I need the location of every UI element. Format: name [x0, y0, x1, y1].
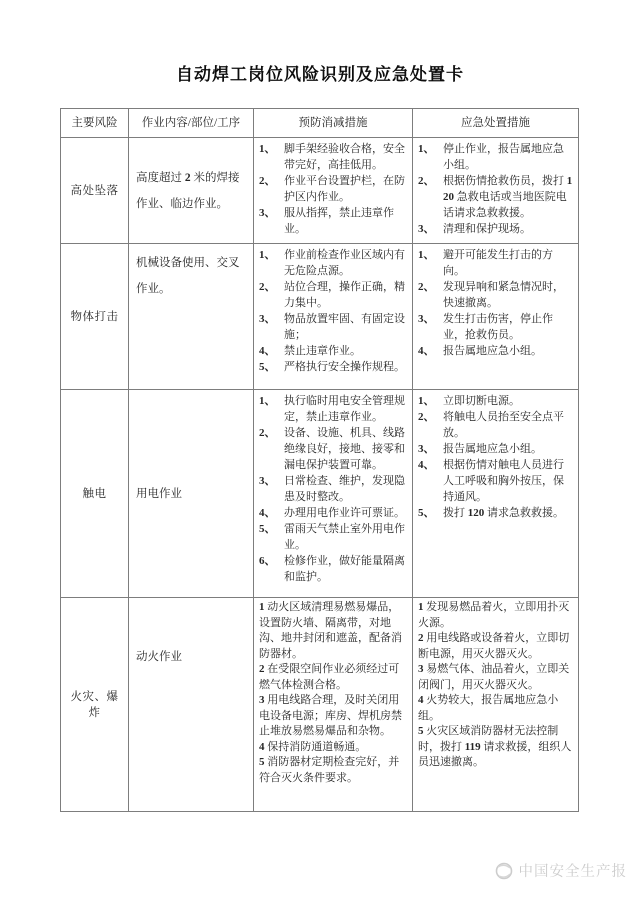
- list-item: 4、根据伤情对触电人员进行人工呼吸和胸外按压，保持通风。: [418, 457, 573, 505]
- list-item: 3、报告属地应急小组。: [418, 441, 573, 457]
- list-item: 1、避开可能发生打击的方向。: [418, 247, 573, 279]
- list-item: 5、严格执行安全操作规程。: [259, 359, 407, 375]
- list-item: 5 火灾区域消防器材无法控制时，拨打 119 请求救援，组织人员迅速撤离。: [418, 724, 573, 771]
- item-number: 4: [259, 741, 265, 753]
- column-header-prevention: 预防消减措施: [254, 109, 413, 138]
- item-number: 2、: [418, 409, 443, 441]
- item-number: 2: [259, 663, 265, 675]
- item-number: 2、: [418, 173, 443, 221]
- prevention-cell: 1 动火区域清理易燃易爆品，设置防火墙、隔离带，对地沟、地井封闭和遮盖，配备消防…: [254, 598, 413, 812]
- list-item: 5、拨打 120 请求急救救援。: [418, 505, 573, 521]
- item-number: 5: [418, 725, 424, 737]
- list-item: 1、立即切断电源。: [418, 393, 573, 409]
- list-item: 2、站位合理，操作正确，精力集中。: [259, 279, 407, 311]
- emergency-cell: 1、立即切断电源。2、将触电人员抬至安全点平放。3、报告属地应急小组。4、根据伤…: [413, 390, 579, 598]
- item-number: 1: [259, 601, 265, 613]
- item-number: 1、: [418, 393, 443, 409]
- list-item: 6、检修作业，做好能量隔离和监护。: [259, 553, 407, 585]
- table-row: 高处坠落高度超过 2 米的焊接作业、临边作业。1、脚手架经验收合格，安全带完好，…: [61, 138, 579, 244]
- list-item: 3、发生打击伤害，停止作业，抢救伤员。: [418, 311, 573, 343]
- emergency-cell: 1、避开可能发生打击的方向。2、发现异响和紧急情况时，快速撤离。3、发生打击伤害…: [413, 244, 579, 390]
- item-number: 4、: [418, 457, 443, 505]
- list-item: 2、将触电人员抬至安全点平放。: [418, 409, 573, 441]
- list-item: 1、作业前检查作业区域内有无危险点源。: [259, 247, 407, 279]
- item-number: 1、: [259, 141, 284, 173]
- list-item: 1、执行临时用电安全管理规定，禁止违章作业。: [259, 393, 407, 425]
- list-item: 2 在受限空间作业必须经过可燃气体检测合格。: [259, 662, 407, 693]
- item-number: 4、: [259, 343, 284, 359]
- item-number: 2、: [259, 173, 284, 205]
- work-cell: 动火作业: [129, 598, 254, 812]
- item-number: 5: [259, 756, 265, 768]
- work-cell: 高度超过 2 米的焊接作业、临边作业。: [129, 138, 254, 244]
- risk-table: 主要风险 作业内容/部位/工序 预防消减措施 应急处置措施 高处坠落高度超过 2…: [60, 108, 579, 812]
- list-item: 4 保持消防通道畅通。: [259, 740, 407, 756]
- item-number: 1、: [418, 247, 443, 279]
- item-number: 5、: [259, 521, 284, 553]
- table-row: 火灾、爆炸动火作业1 动火区域清理易燃易爆品，设置防火墙、隔离带，对地沟、地井封…: [61, 598, 579, 812]
- item-number: 3: [259, 694, 265, 706]
- list-item: 4、办理用电作业许可票证。: [259, 505, 407, 521]
- column-header-emergency: 应急处置措施: [413, 109, 579, 138]
- list-item: 3 用电线路合理，及时关闭用电设备电源；库房、焊机房禁止堆放易燃易爆品和杂物。: [259, 693, 407, 740]
- list-item: 3、物品放置牢固、有固定设施；: [259, 311, 407, 343]
- item-number: 2、: [259, 279, 284, 311]
- column-header-risk: 主要风险: [61, 109, 129, 138]
- emergency-cell: 1、停止作业，报告属地应急小组。2、根据伤情抢救伤员，拨打 120 急救电话或当…: [413, 138, 579, 244]
- watermark-text: 中国安全生产报: [519, 860, 628, 881]
- table-row: 物体打击机械设备使用、交叉作业。1、作业前检查作业区域内有无危险点源。2、站位合…: [61, 244, 579, 390]
- item-number: 3、: [259, 311, 284, 343]
- item-number: 1: [418, 601, 424, 613]
- item-number: 5、: [418, 505, 443, 521]
- risk-cell: 触电: [61, 390, 129, 598]
- list-item: 5 消防器材定期检查完好，并符合灭火条件要求。: [259, 755, 407, 786]
- prevention-cell: 1、脚手架经验收合格，安全带完好，高挂低用。2、作业平台设置护栏，在防护区内作业…: [254, 138, 413, 244]
- risk-table-body: 高处坠落高度超过 2 米的焊接作业、临边作业。1、脚手架经验收合格，安全带完好，…: [61, 138, 579, 812]
- item-number: 2、: [259, 425, 284, 473]
- work-cell: 用电作业: [129, 390, 254, 598]
- prevention-cell: 1、作业前检查作业区域内有无危险点源。2、站位合理，操作正确，精力集中。3、物品…: [254, 244, 413, 390]
- item-number: 1、: [259, 247, 284, 279]
- table-row: 触电用电作业1、执行临时用电安全管理规定，禁止违章作业。2、设备、设施、机具、线…: [61, 390, 579, 598]
- item-number: 3、: [259, 473, 284, 505]
- watermark: 中国安全生产报: [494, 860, 628, 881]
- list-item: 2、设备、设施、机具、线路绝缘良好，接地、接零和漏电保护装置可靠。: [259, 425, 407, 473]
- list-item: 1、停止作业，报告属地应急小组。: [418, 141, 573, 173]
- list-item: 3、服从指挥，禁止违章作业。: [259, 205, 407, 237]
- emergency-cell: 1 发现易燃品着火，立即用扑灭火源。2 用电线路或设备着火，立即切断电源，用灭火…: [413, 598, 579, 812]
- list-item: 2、根据伤情抢救伤员，拨打 120 急救电话或当地医院电话请求急救救援。: [418, 173, 573, 221]
- risk-cell: 物体打击: [61, 244, 129, 390]
- list-item: 5、雷雨天气禁止室外用电作业。: [259, 521, 407, 553]
- item-number: 3、: [418, 221, 443, 237]
- page-title: 自动焊工岗位风险识别及应急处置卡: [0, 0, 640, 85]
- list-item: 3、清理和保护现场。: [418, 221, 573, 237]
- item-number: 3、: [418, 311, 443, 343]
- risk-cell: 火灾、爆炸: [61, 598, 129, 812]
- item-number: 6、: [259, 553, 284, 585]
- item-number: 3: [418, 663, 424, 675]
- table-header-row: 主要风险 作业内容/部位/工序 预防消减措施 应急处置措施: [61, 109, 579, 138]
- risk-cell: 高处坠落: [61, 138, 129, 244]
- list-item: 1 动火区域清理易燃易爆品，设置防火墙、隔离带，对地沟、地井封闭和遮盖，配备消防…: [259, 600, 407, 662]
- list-item: 3、日常检查、维护，发现隐患及时整改。: [259, 473, 407, 505]
- list-item: 4、报告属地应急小组。: [418, 343, 573, 359]
- list-item: 2、作业平台设置护栏，在防护区内作业。: [259, 173, 407, 205]
- list-item: 4、禁止违章作业。: [259, 343, 407, 359]
- column-header-work: 作业内容/部位/工序: [129, 109, 254, 138]
- list-item: 2、发现异响和紧急情况时，快速撤离。: [418, 279, 573, 311]
- item-number: 1、: [259, 393, 284, 425]
- item-number: 4、: [418, 343, 443, 359]
- item-number: 4: [418, 694, 424, 706]
- item-number: 5、: [259, 359, 284, 375]
- list-item: 3 易燃气体、油品着火，立即关闭阀门，用灭火器灭火。: [418, 662, 573, 693]
- item-number: 4、: [259, 505, 284, 521]
- item-number: 2、: [418, 279, 443, 311]
- work-cell: 机械设备使用、交叉作业。: [129, 244, 254, 390]
- item-number: 1、: [418, 141, 443, 173]
- prevention-cell: 1、执行临时用电安全管理规定，禁止违章作业。2、设备、设施、机具、线路绝缘良好，…: [254, 390, 413, 598]
- item-number: 3、: [259, 205, 284, 237]
- list-item: 1、脚手架经验收合格，安全带完好，高挂低用。: [259, 141, 407, 173]
- list-item: 1 发现易燃品着火，立即用扑灭火源。: [418, 600, 573, 631]
- item-number: 3、: [418, 441, 443, 457]
- list-item: 2 用电线路或设备着火，立即切断电源，用灭火器灭火。: [418, 631, 573, 662]
- watermark-logo-icon: [494, 861, 514, 881]
- item-number: 2: [418, 632, 424, 644]
- list-item: 4 火势较大，报告属地应急小组。: [418, 693, 573, 724]
